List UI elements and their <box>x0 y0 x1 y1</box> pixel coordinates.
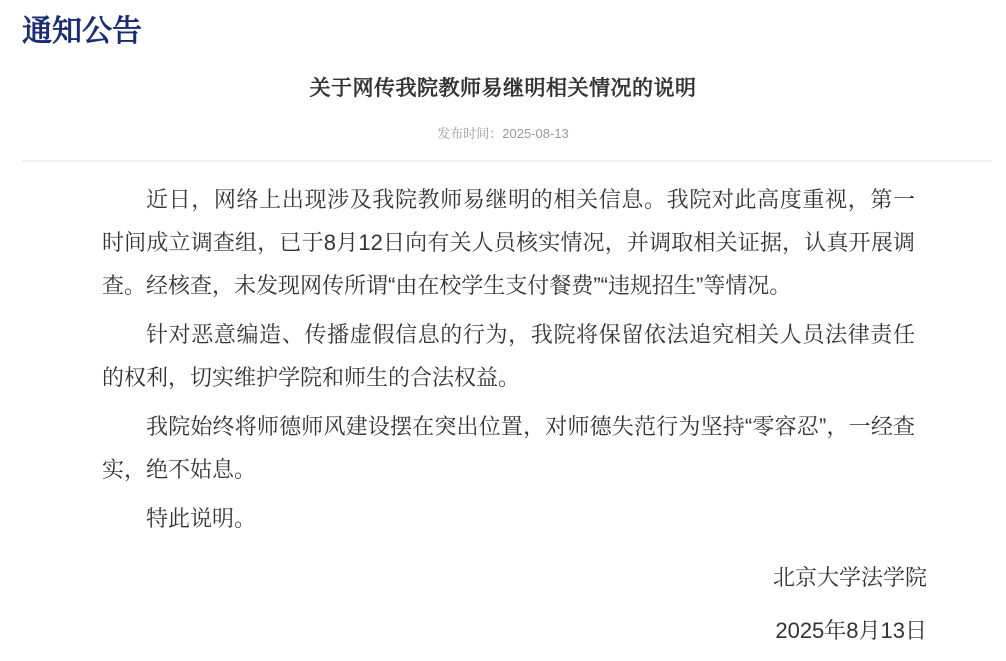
article-title: 关于网传我院教师易继明相关情况的说明 <box>0 76 1006 102</box>
signature-organization: 北京大学法学院 <box>102 556 927 599</box>
article-paragraph: 我院始终将师德师风建设摆在突出位置，对师德失范行为坚持“零容忍”，一经查实，绝不… <box>102 405 915 491</box>
publish-time: 发布时间：2025-08-13 <box>0 126 1006 142</box>
section-header-notice-announcements[interactable]: 通知公告 <box>0 0 142 50</box>
article-paragraph: 近日，网络上出现涉及我院教师易继明的相关信息。我院对此高度重视，第一时间成立调查… <box>102 178 915 307</box>
signature-date: 2025年8月13日 <box>102 609 927 652</box>
notice-page: 通知公告 关于网传我院教师易继明相关情况的说明 发布时间：2025-08-13 … <box>0 0 1006 661</box>
article-paragraph: 特此说明。 <box>102 497 915 540</box>
article-paragraph: 针对恶意编造、传播虚假信息的行为，我院将保留依法追究相关人员法律责任的权利，切实… <box>102 313 915 399</box>
article-body: 近日，网络上出现涉及我院教师易继明的相关信息。我院对此高度重视，第一时间成立调查… <box>0 162 1006 652</box>
signature-block: 北京大学法学院 2025年8月13日 <box>102 556 927 652</box>
